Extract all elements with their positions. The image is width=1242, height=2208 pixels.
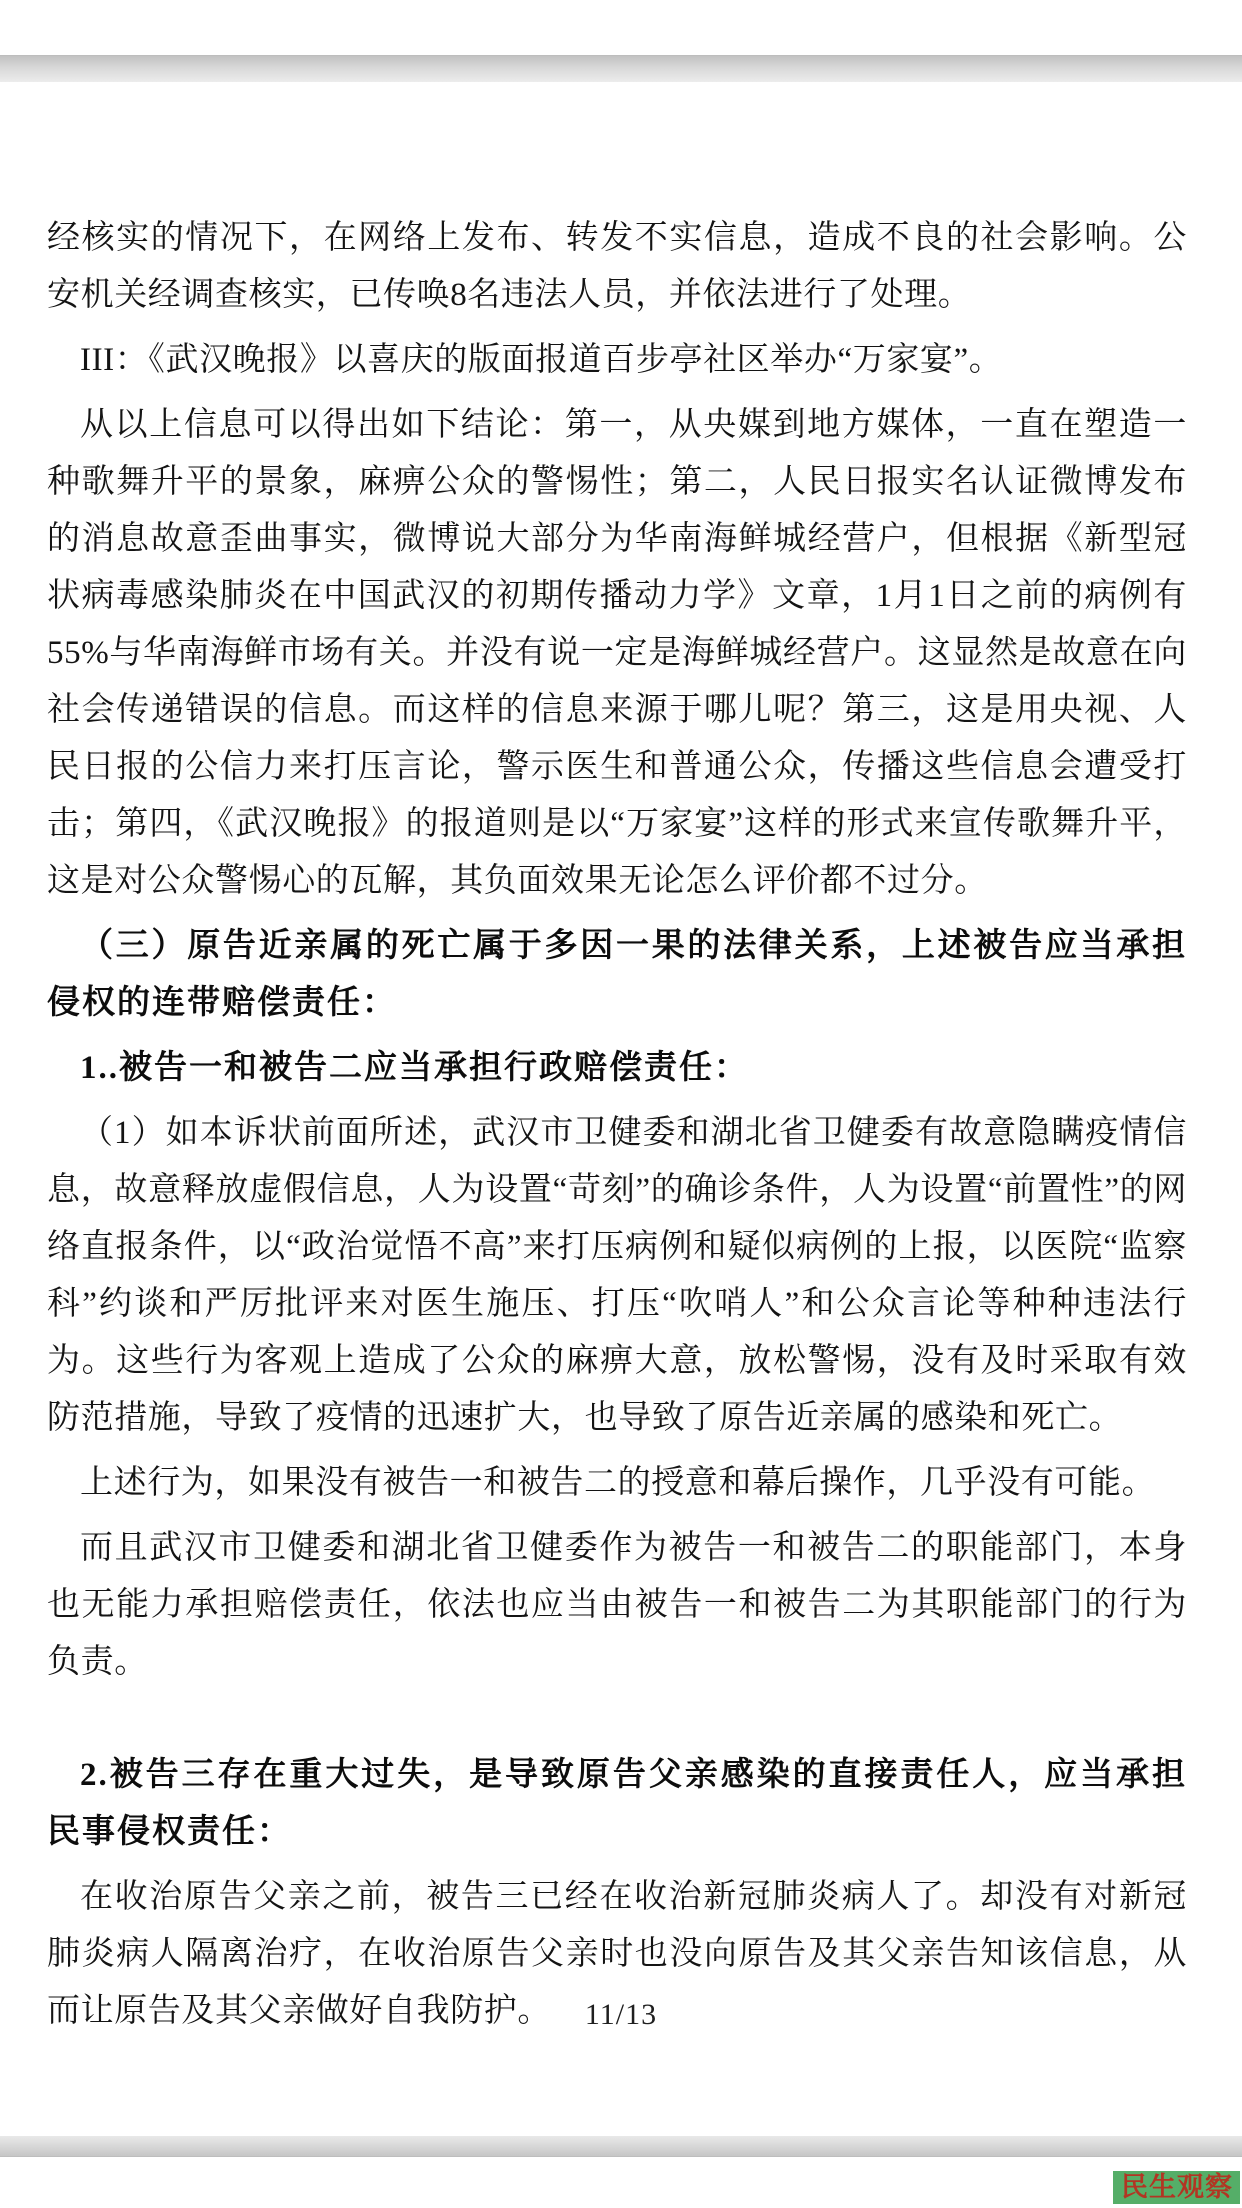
document-viewer-page: 经核实的情况下，在网络上发布、转发不实信息，造成不良的社会影响。公安机关经调查核… xyxy=(0,0,1242,2208)
paragraph: 而且武汉市卫健委和湖北省卫健委作为被告一和被告二的职能部门，本身也无能力承担赔偿… xyxy=(47,1520,1187,1691)
paragraph: 经核实的情况下，在网络上发布、转发不实信息，造成不良的社会影响。公安机关经调查核… xyxy=(47,210,1187,324)
watermark-badge: 民生观察 xyxy=(1113,2171,1240,2204)
bottom-toolbar-shadow xyxy=(0,2136,1242,2157)
paragraph: 上述行为，如果没有被告一和被告二的授意和幕后操作，几乎没有可能。 xyxy=(47,1455,1187,1512)
page-number-indicator: 11/13 xyxy=(0,1998,1242,2032)
top-toolbar-shadow xyxy=(0,55,1242,82)
paragraph: （1）如本诉状前面所述，武汉市卫健委和湖北省卫健委有故意隐瞒疫情信息，故意释放虚… xyxy=(47,1105,1187,1447)
section-heading: （三）原告近亲属的死亡属于多因一果的法律关系，上述被告应当承担侵权的连带赔偿责任… xyxy=(47,918,1187,1032)
section-heading: 2.被告三存在重大过失，是导致原告父亲感染的直接责任人，应当承担民事侵权责任： xyxy=(47,1747,1187,1861)
section-heading: 1..被告一和被告二应当承担行政赔偿责任： xyxy=(47,1040,1187,1097)
document-text-area: 经核实的情况下，在网络上发布、转发不实信息，造成不良的社会影响。公安机关经调查核… xyxy=(0,210,1242,2048)
paragraph: 从以上信息可以得出如下结论：第一，从央媒到地方媒体，一直在塑造一种歌舞升平的景象… xyxy=(47,397,1187,910)
paragraph: III：《武汉晚报》以喜庆的版面报道百步亭社区举办“万家宴”。 xyxy=(47,332,1187,389)
